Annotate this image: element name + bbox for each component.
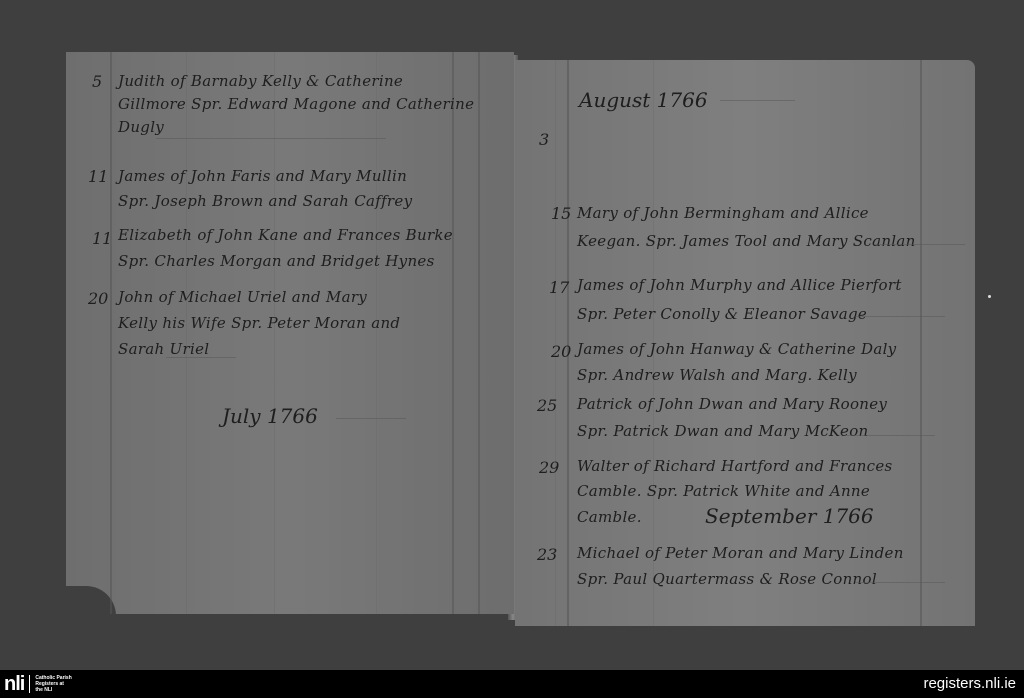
entry-separator [855, 316, 945, 317]
entry-line: Walter of Richard Hartford and Frances [577, 455, 893, 478]
entry-line: Kelly his Wife Spr. Peter Moran and [118, 312, 400, 335]
logo-text: Catholic Parish Registers at the NLI [35, 675, 71, 693]
entry-day: 25 [537, 396, 557, 415]
entry-line: James of John Murphy and Allice Pierfort [577, 274, 902, 297]
entry-day: 20 [88, 289, 108, 308]
footer-bar: nli Catholic Parish Registers at the NLI… [0, 670, 1024, 698]
heading-underline [336, 418, 406, 419]
entry-line: Patrick of John Dwan and Mary Rooney [577, 393, 887, 416]
image-viewer[interactable]: 5 Judith of Barnaby Kelly & Catherine Gi… [0, 0, 1024, 670]
entry-line: Camble. [577, 506, 642, 529]
entry-line: Spr. Paul Quartermass & Rose Connol [577, 568, 877, 591]
entry-line: Gillmore Spr. Edward Magone and Catherin… [118, 93, 474, 116]
month-heading: August 1766 [579, 88, 708, 112]
entry-day: 11 [92, 229, 112, 248]
entry-day: 15 [551, 204, 571, 223]
page-damage [56, 586, 116, 626]
month-heading: July 1766 [222, 404, 318, 428]
entry-separator [855, 582, 945, 583]
stray-day: 3 [539, 130, 549, 149]
entry-line: Michael of Peter Moran and Mary Linden [577, 542, 904, 565]
entry-line: Spr. Joseph Brown and Sarah Caffrey [118, 190, 412, 213]
margin-rule [920, 60, 922, 626]
month-heading: September 1766 [705, 504, 874, 528]
margin-rule [452, 52, 454, 614]
entry-line: James of John Faris and Mary Mullin [118, 165, 407, 188]
entry-line: Spr. Charles Morgan and Bridget Hynes [118, 250, 435, 273]
heading-underline [720, 100, 795, 101]
entry-separator [845, 435, 935, 436]
margin-rule [110, 52, 112, 614]
nli-logo[interactable]: nli Catholic Parish Registers at the NLI [4, 675, 72, 693]
nli-logo-mark: nli [4, 675, 24, 693]
entry-separator [166, 357, 236, 358]
entry-line: Elizabeth of John Kane and Frances Burke [118, 224, 453, 247]
entry-separator [875, 244, 965, 245]
entry-line: Judith of Barnaby Kelly & Catherine [118, 70, 403, 93]
site-url-link[interactable]: registers.nli.ie [923, 675, 1016, 692]
entry-line: James of John Hanway & Catherine Daly [577, 338, 896, 361]
margin-rule [478, 52, 480, 614]
logo-text-line: the NLI [35, 687, 71, 693]
entry-line: John of Michael Uriel and Mary [118, 286, 367, 309]
left-page: 5 Judith of Barnaby Kelly & Catherine Gi… [66, 52, 514, 614]
right-page: August 1766 3 15 Mary of John Bermingham… [515, 60, 975, 626]
entry-day: 29 [539, 458, 559, 477]
entry-day: 5 [92, 72, 102, 91]
entry-separator [156, 138, 386, 139]
logo-divider [29, 675, 30, 693]
entry-line: Dugly [118, 116, 164, 139]
entry-line: Keegan. Spr. James Tool and Mary Scanlan [577, 230, 916, 253]
entry-day: 11 [88, 167, 108, 186]
entry-line: Camble. Spr. Patrick White and Anne [577, 480, 870, 503]
entry-line: Spr. Patrick Dwan and Mary McKeon [577, 420, 869, 443]
entry-line: Spr. Peter Conolly & Eleanor Savage [577, 303, 867, 326]
entry-day: 17 [549, 278, 569, 297]
dust-speck [988, 295, 991, 298]
entry-day: 23 [537, 545, 557, 564]
entry-line: Spr. Andrew Walsh and Marg. Kelly [577, 364, 857, 387]
entry-day: 20 [551, 342, 571, 361]
entry-line: Mary of John Bermingham and Allice [577, 202, 869, 225]
